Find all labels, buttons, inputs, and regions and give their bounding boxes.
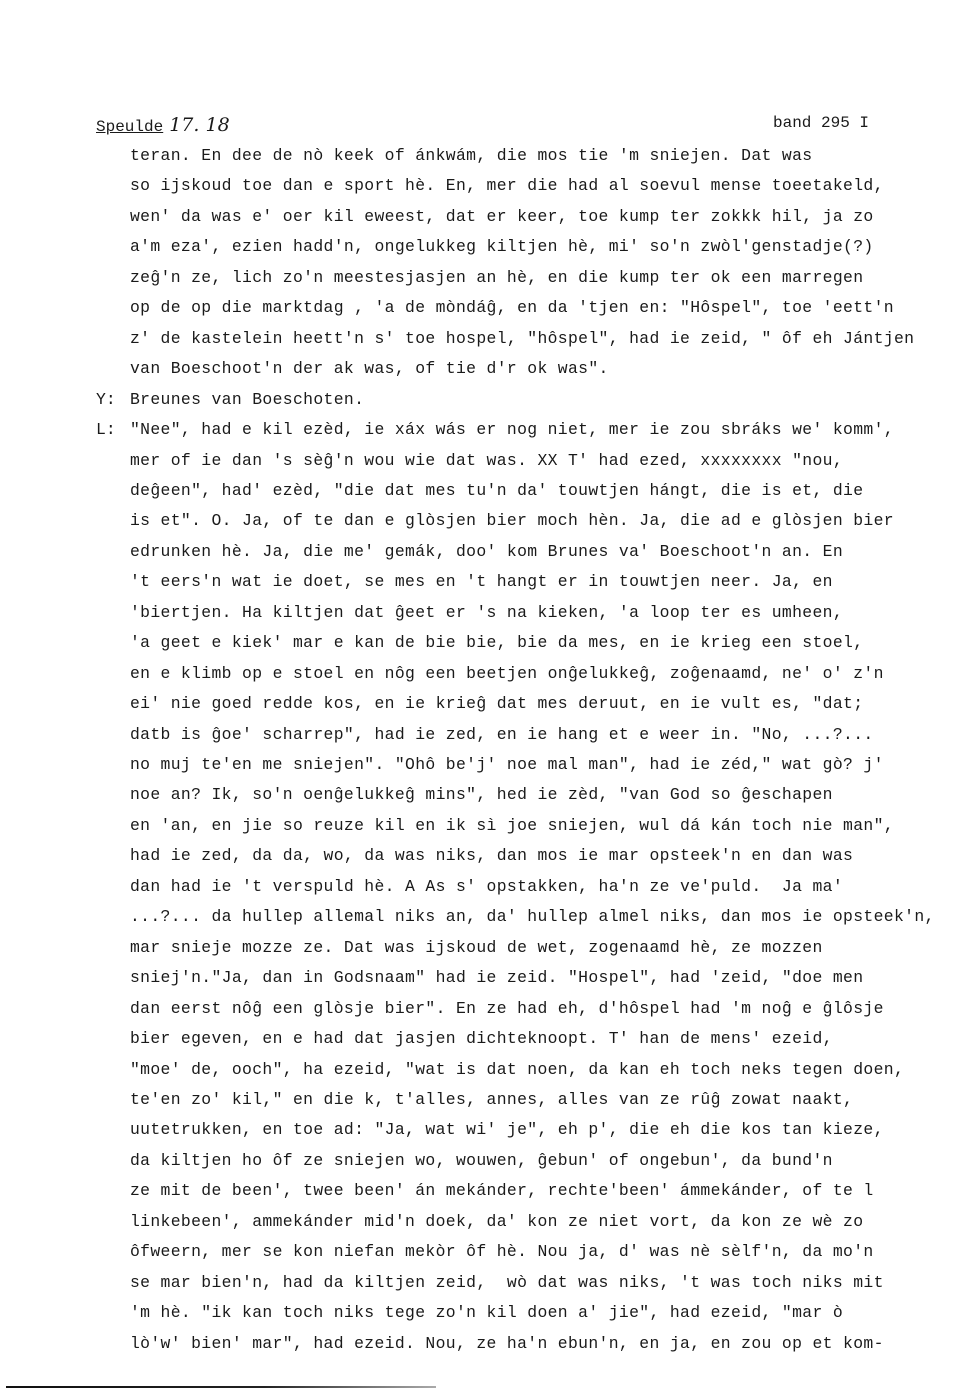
transcript-line: Breunes van Boeschoten. <box>130 390 364 409</box>
transcript-line: op de op die marktdag , 'a de mòndáĝ, en… <box>130 298 894 317</box>
page-header-left: Speulde17. 18 <box>96 114 230 136</box>
transcript-line: 'a geet e kiek' mar e kan de bie bie, bi… <box>130 633 863 652</box>
transcript-line: had ie zed, da da, wo, da was niks, dan … <box>130 846 853 865</box>
transcript-line: dan had ie 't verspuld hè. A As s' opsta… <box>130 877 843 896</box>
speaker-label: Y: <box>96 390 116 409</box>
transcript-line: en 'an, en jie so reuze kil en ik sì joe… <box>130 816 894 835</box>
transcript-line: zeĝ'n ze, lich zo'n meestesjasjen an hè,… <box>130 268 863 287</box>
transcript-line: ...?... da hullep allemal niks an, da' h… <box>130 907 935 926</box>
transcript-line: mar snieje mozze ze. Dat was ijskoud de … <box>130 938 823 957</box>
transcript-line: datb is ĝoe' scharrep", had ie zed, en i… <box>130 725 874 744</box>
transcript-line: linkebeen', ammekánder mid'n doek, da' k… <box>130 1212 863 1231</box>
transcript-line: ôfweern, mer se kon niefan mekòr ôf hè. … <box>130 1242 874 1261</box>
transcript-line: en e klimb op e stoel en nôg een beetjen… <box>130 664 884 683</box>
speaker-label: L: <box>96 420 116 439</box>
transcript-line: z' de kastelein heett'n s' toe hospel, "… <box>130 329 914 348</box>
transcript-line: se mar bien'n, had da kiltjen zeid, wò d… <box>130 1273 884 1292</box>
transcript-line: lò'w' bien' mar", had ezeid. Nou, ze ha'… <box>130 1334 884 1353</box>
transcript-line: uutetrukken, en toe ad: "Ja, wat wi' je"… <box>130 1120 884 1139</box>
transcript-line: "Nee", had e kil ezèd, ie xáx wás er nog… <box>130 420 894 439</box>
transcript-line: sniej'n."Ja, dan in Godsnaam" had ie zei… <box>130 968 863 987</box>
transcript-line: van Boeschoot'n der ak was, of tie d'r o… <box>130 359 609 378</box>
typewritten-page: Speulde17. 18 band 295 I teran. En dee d… <box>0 0 973 1393</box>
place-name: Speulde <box>96 118 163 136</box>
transcript-line: da kiltjen ho ôf ze sniejen wo, wouwen, … <box>130 1151 833 1170</box>
transcript-line: teran. En dee de nò keek of ánkwám, die … <box>130 146 812 165</box>
transcript-line: wen' da was e' oer kil eweest, dat er ke… <box>130 207 874 226</box>
bottom-rule <box>6 1386 436 1388</box>
transcript-line: so ijskoud toe dan e sport hè. En, mer d… <box>130 176 884 195</box>
transcript-line: noe an? Ik, so'n oenĝelukkeĝ mins", hed … <box>130 785 833 804</box>
transcript-line: mer of ie dan 's sèĝ'n wou wie dat was. … <box>130 451 843 470</box>
transcript-line: te'en zo' kil," en die k, t'alles, annes… <box>130 1090 853 1109</box>
transcript-line: a'm eza', ezien hadd'n, ongelukkeg kiltj… <box>130 237 874 256</box>
transcript-line: "moe' de, ooch", ha ezeid, "wat is dat n… <box>130 1060 904 1079</box>
page-number: 17. 18 <box>169 114 229 136</box>
transcript-line: no muj te'en me sniejen". "Ohô be'j' noe… <box>130 755 884 774</box>
tape-reference: band 295 I <box>773 114 869 132</box>
transcript-line: is et". O. Ja, of te dan e glòsjen bier … <box>130 511 894 530</box>
transcript-line: edrunken hè. Ja, die me' gemák, doo' kom… <box>130 542 843 561</box>
transcript-line: ei' nie goed redde kos, en ie krieĝ dat … <box>130 694 863 713</box>
transcript-line: dan eerst nôĝ een glòsje bier". En ze ha… <box>130 999 884 1018</box>
transcript-line: 't eers'n wat ie doet, se mes en 't hang… <box>130 572 833 591</box>
transcript-line: bier egeven, en e had dat jasjen dichtek… <box>130 1029 833 1048</box>
transcript-line: deĝeen", had' ezèd, "die dat mes tu'n da… <box>130 481 863 500</box>
transcript-line: ze mit de been', twee been' án mekánder,… <box>130 1181 874 1200</box>
transcript-line: 'biertjen. Ha kiltjen dat ĝeet er 's na … <box>130 603 843 622</box>
transcript-line: 'm hè. "ik kan toch niks tege zo'n kil d… <box>130 1303 843 1322</box>
